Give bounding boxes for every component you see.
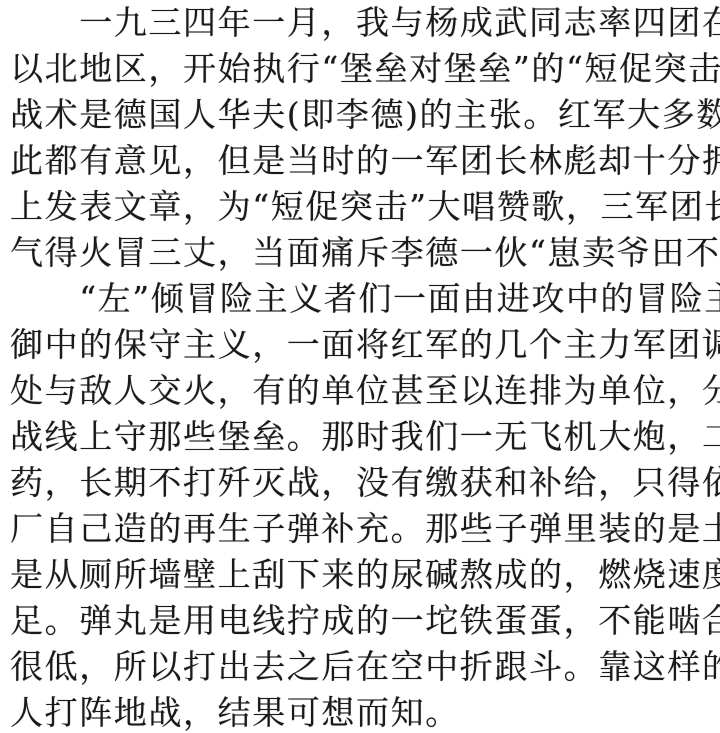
text-line: 气得火冒三丈，当面痛斥李德一伙“崽卖爷田不心疼”。: [10, 230, 720, 276]
text-line: 上发表文章，为“短促突击”大唱赞歌，三军团长彭德怀同志: [10, 184, 720, 230]
text-line: 很低，所以打出去之后在空中折跟斗。靠这样的装备，与敌: [10, 644, 720, 690]
text-line: 药，长期不打歼灭战，没有缴获和补给，只得依靠红军兵工: [10, 460, 720, 506]
text-line: 是从厕所墙壁上刮下来的尿碱熬成的，燃烧速度慢，动力不: [10, 552, 720, 598]
text-line: 足。弹丸是用电线拧成的一坨铁蛋蛋，不能啮合膛线，初速: [10, 598, 720, 644]
text-line: 厂自己造的再生子弹补充。那些子弹里装的是土造的硝盐，: [10, 506, 720, 552]
text-line: 战线上守那些堡垒。那时我们一无飞机大炮，二缺枪支弹: [10, 414, 720, 460]
text-line: 以北地区，开始执行“堡垒对堡垒”的“短促突击”战术。这个: [10, 46, 720, 92]
text-line: “左”倾冒险主义者们一面由进攻中的冒险主义变为防: [10, 276, 720, 322]
text-line: 御中的保守主义，一面将红军的几个主力军团调来调去，到: [10, 322, 720, 368]
text-line: 此都有意见，但是当时的一军团长林彪却十分拥护，在报纸: [10, 138, 720, 184]
text-line: 人打阵地战，结果可想而知。: [10, 690, 460, 733]
text-line: 一九三四年一月，我与杨成武同志率四团在福建建宁: [10, 0, 720, 46]
text-line: 战术是德国人华夫(即李德)的主张。红军大多数指挥员对: [10, 92, 720, 138]
text-line: 处与敌人交火，有的单位甚至以连排为单位，分散在长长的: [10, 368, 720, 414]
